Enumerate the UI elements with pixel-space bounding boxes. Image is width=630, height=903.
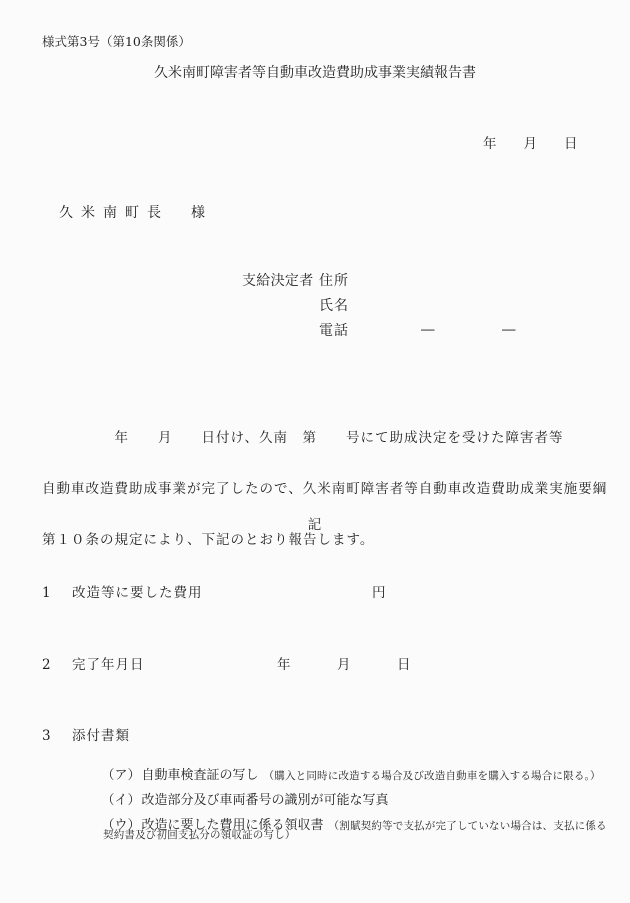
addressee-line: 久米南町長 様 xyxy=(59,206,213,220)
item2-day-label: 日 xyxy=(397,659,411,673)
document-title: 久米南町障害者等自動車改造費助成事業実績報告書 xyxy=(0,66,630,80)
phone-value-blank[interactable]: ― ― xyxy=(421,324,516,338)
name-value-blank[interactable] xyxy=(362,299,562,313)
attachment-c-note: （割賦契約等で支払が完了していない場合は、支払に係る xyxy=(329,820,607,832)
item1-cost-value-blank[interactable] xyxy=(190,587,360,601)
form-number-label: 様式第3号（第10条関係） xyxy=(42,36,191,49)
item2-number: 2 xyxy=(42,659,51,673)
report-date-line: 年 月 日 xyxy=(483,138,578,152)
phone-label: 電話 xyxy=(319,324,349,338)
document-page: 様式第3号（第10条関係） 久米南町障害者等自動車改造費助成事業実績報告書 年 … xyxy=(0,0,630,903)
item1-number: 1 xyxy=(42,587,51,601)
address-value-blank[interactable] xyxy=(362,274,562,288)
name-label: 氏名 xyxy=(319,299,349,313)
applicant-role-label: 支給決定者 xyxy=(242,274,314,288)
item2-label: 完了年月日 xyxy=(72,659,145,673)
item2-year-label: 年 xyxy=(277,659,291,673)
item1-label: 改造等に要した費用 xyxy=(72,587,203,601)
body-paragraph: 年 月 日付け、久南 第 号にて助成決定を受けた障害者等 自動車改造費助成事業が… xyxy=(42,399,607,579)
address-label: 住所 xyxy=(319,274,349,288)
item2-month-label: 月 xyxy=(337,659,351,673)
body-line-1: 年 月 日付け、久南 第 号にて助成決定を受けた障害者等 xyxy=(42,426,607,450)
item3-label: 添付書類 xyxy=(72,730,130,744)
item1-unit-label: 円 xyxy=(372,587,386,601)
record-heading: 記 xyxy=(0,519,630,533)
item3-number: 3 xyxy=(42,730,51,744)
attachment-c-note-continuation: 契約書及び初回支払分の領収証の写し） xyxy=(103,830,296,841)
body-line-2: 自動車改造費助成事業が完了したので、久米南町障害者等自動車改造費助成業実施要綱 xyxy=(42,477,607,501)
